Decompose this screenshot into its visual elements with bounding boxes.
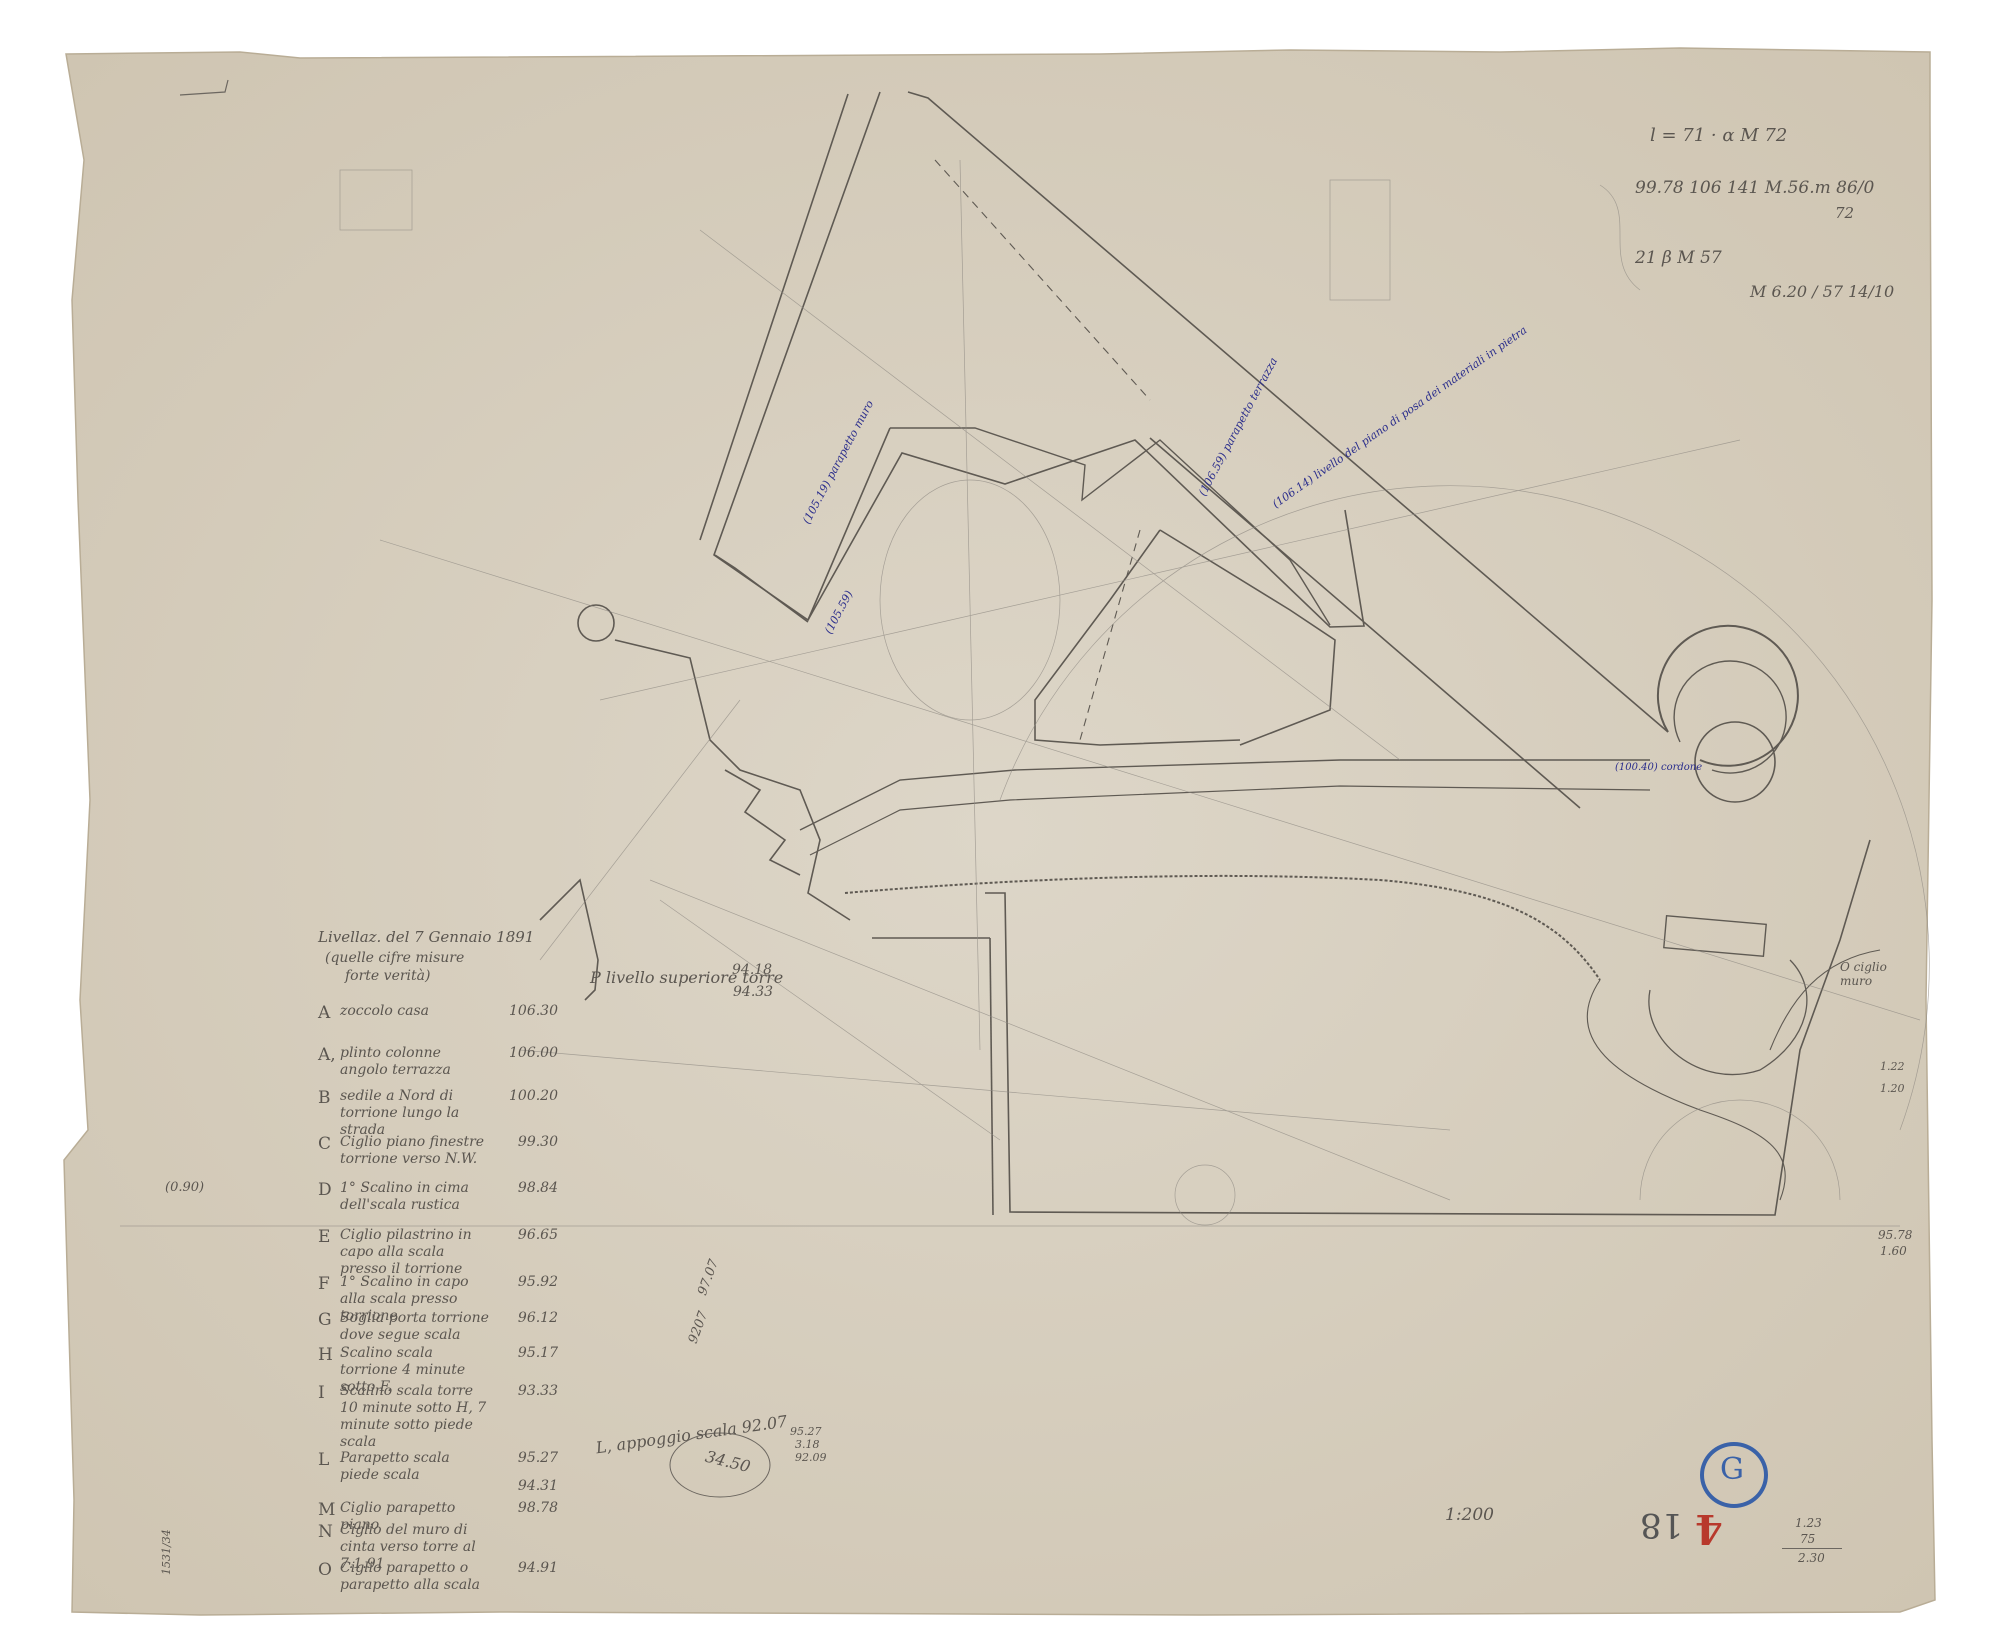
p-value-1: 94.18 xyxy=(732,962,772,978)
calc-line-3: 21 β M 57 xyxy=(1635,248,1722,268)
heading-line-2: (quelle cifre misure xyxy=(325,950,464,966)
bottom-right-calc-2: 1.60 xyxy=(1880,1244,1907,1258)
right-edge-calc-2: 1.20 xyxy=(1880,1082,1905,1095)
legend-row: A,plinto colonne angolo terrazza106.00 xyxy=(318,1045,558,1079)
center-value-3: 92.09 xyxy=(795,1451,827,1464)
calc-line-2: 99.78 106 141 M.56.m 86/0 xyxy=(1635,178,1874,198)
fraction-mid: 75 xyxy=(1800,1532,1815,1546)
legend-row: Bsedile a Nord di torrione lungo la stra… xyxy=(318,1088,558,1139)
archive-blue-letter: G xyxy=(1720,1452,1744,1487)
legend-row: 94.31 xyxy=(318,1478,558,1494)
heading-line-3: forte verità) xyxy=(345,968,430,984)
p-value-2: 94.33 xyxy=(733,984,773,1000)
right-edge-note: O ciglio muro xyxy=(1840,960,1900,988)
calc-line-4: M 6.20 / 57 14/10 xyxy=(1750,282,1894,301)
legend-row: GSoglia porta torrione dove segue scala9… xyxy=(318,1310,558,1344)
fraction-bar xyxy=(1782,1548,1842,1549)
legend-row: IScalino scala torre 10 minute sotto H, … xyxy=(318,1383,558,1451)
blue-note-cordone: (100.40) cordone xyxy=(1615,762,1702,773)
center-value-1: 95.27 xyxy=(790,1425,822,1438)
legend-row: OCiglio parapetto o parapetto alla scala… xyxy=(318,1560,558,1594)
right-edge-calc-1: 1.22 xyxy=(1880,1060,1905,1073)
scale-label: 1:200 xyxy=(1445,1505,1494,1525)
legend-row: D1° Scalino in cima dell'scala rustica98… xyxy=(318,1180,558,1214)
left-margin-value: (0.90) xyxy=(165,1180,204,1195)
legend-row: ECiglio pilastrino in capo alla scala pr… xyxy=(318,1227,558,1278)
calc-line-2-under: 72 xyxy=(1835,204,1854,222)
fraction-top: 1.23 xyxy=(1795,1516,1822,1530)
bottom-right-calc-1: 95.78 xyxy=(1878,1228,1912,1242)
bottom-left-ref: 1531/34 xyxy=(160,1529,173,1575)
legend-row: CCiglio piano finestre torrione verso N.… xyxy=(318,1134,558,1168)
archive-pencil-number: 18 xyxy=(1640,1505,1683,1545)
heading-line-1: Livellaz. del 7 Gennaio 1891 xyxy=(318,928,534,946)
archive-blue-circle: G xyxy=(1700,1442,1768,1508)
calc-line-1: l = 71 · α M 72 xyxy=(1650,125,1787,146)
legend-row: Azoccolo casa106.30 xyxy=(318,1003,558,1023)
fraction-bottom: 2.30 xyxy=(1798,1551,1825,1565)
archive-red-mark: 4 xyxy=(1695,1505,1723,1552)
center-value-2: 3.18 xyxy=(795,1438,820,1451)
